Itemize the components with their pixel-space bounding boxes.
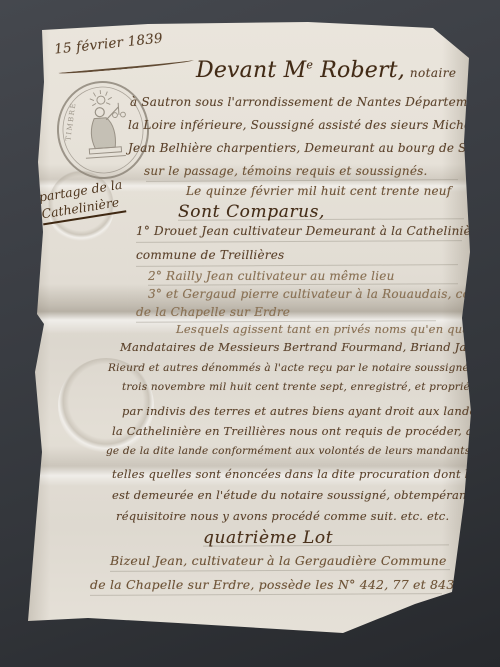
manuscript-line: Bizeul Jean, cultivateur à la Gergaudièr…: [110, 553, 447, 568]
ruled-line: [148, 283, 458, 286]
manuscript-line: ge de la dite lande conformément aux vol…: [106, 445, 485, 457]
manuscript-line: 3° et Gergaud pierre cultivateur à la Ro…: [148, 287, 500, 301]
manuscript-line: 1° Drouet Jean cultivateur Demeurant à l…: [136, 224, 484, 238]
manuscript-line: sur le passage, témoins requis et soussi…: [144, 164, 428, 178]
manuscript-line: est demeurée en l'étude du notaire souss…: [112, 488, 500, 502]
manuscript-line: telles quelles sont énoncées dans la dit…: [112, 467, 500, 481]
manuscript-line: à Sautron sous l'arrondissement de Nante…: [130, 95, 500, 109]
manuscript-line: Lesquels agissent tant en privés noms qu…: [176, 322, 500, 336]
document-title: Devant Me Robert,notaire: [196, 58, 456, 83]
photo-background: TIMBRE 15 février 1839 partage de la Cat…: [0, 0, 500, 667]
manuscript-line: la Cathelinière en Treillières nous ont …: [112, 424, 500, 438]
manuscript-line: par indivis des terres et autres biens a…: [122, 404, 500, 418]
manuscript-line: de la Chapelle sur Erdre, possède les N°…: [90, 577, 459, 592]
ruled-line: [136, 264, 458, 267]
paper-edge-shadow: [28, 22, 50, 638]
manuscript-line: la Loire inférieure, Soussigné assisté d…: [128, 118, 492, 132]
ruled-line: [146, 179, 458, 182]
manuscript-line: Rieurd et autres dénommés à l'acte reçu …: [108, 362, 500, 374]
manuscript-line: commune de Treillières: [136, 248, 284, 262]
manuscript-line: 2° Railly Jean cultivateur au même lieu: [148, 269, 395, 283]
ruled-line: [136, 240, 462, 243]
stamp-label: TIMBRE: [64, 102, 77, 142]
manuscript-line: réquisitoire nous y avons procédé comme …: [116, 509, 449, 523]
manuscript-line: Le quinze février mil huit cent trente n…: [186, 184, 451, 198]
ruled-line: [110, 569, 450, 572]
title-suffix: notaire: [410, 66, 456, 80]
date-underline-flourish: [58, 58, 194, 75]
manuscript-line: trois novembre mil huit cent trente sept…: [122, 381, 500, 393]
margin-note: partage de la Cathelinière: [38, 176, 127, 226]
section-heading-lot: quatrième Lot: [203, 528, 333, 548]
date-annotation: 15 février 1839: [53, 30, 163, 57]
manuscript-line: de la Chapelle sur Erdre: [136, 305, 290, 319]
manuscript-line: Mandataires de Messieurs Bertrand Fourma…: [120, 340, 500, 354]
ruled-line: [90, 593, 442, 596]
section-heading-comparus: Sont Comparus,: [178, 202, 325, 222]
document-paper: TIMBRE 15 février 1839 partage de la Cat…: [28, 22, 472, 638]
manuscript-line: Jean Belhière charpentiers, Demeurant au…: [128, 141, 500, 155]
